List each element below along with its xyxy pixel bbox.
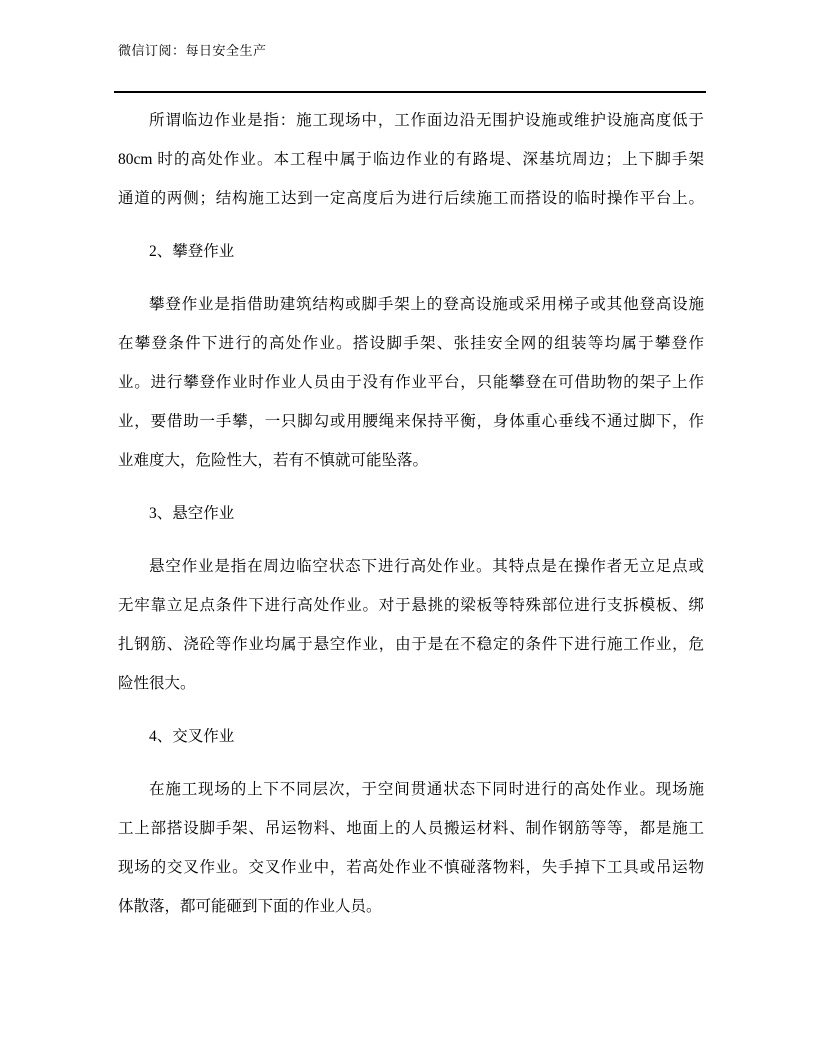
paragraph-suspended-work: 悬空作业是指在周边临空状态下进行高处作业。其特点是在操作者无立足点或 无牢靠立足… xyxy=(118,547,704,703)
text-line: 体散落，都可能砸到下面的作业人员。 xyxy=(118,887,704,926)
text-line: 悬空作业是指在周边临空状态下进行高处作业。其特点是在操作者无立足点或 xyxy=(118,547,704,586)
text-line: 险性很大。 xyxy=(118,664,704,703)
text-line: 业。进行攀登作业时作业人员由于没有作业平台，只能攀登在可借助物的架子上作 xyxy=(118,363,704,402)
paragraph-climbing-work: 攀登作业是指借助建筑结构或脚手架上的登高设施或采用梯子或其他登高设施 在攀登条件… xyxy=(118,285,704,480)
text-line: 攀登作业是指借助建筑结构或脚手架上的登高设施或采用梯子或其他登高设施 xyxy=(118,285,704,324)
header-subscription-text: 微信订阅：每日安全生产 xyxy=(118,44,704,58)
header-rule xyxy=(114,91,706,93)
text-line: 扎钢筋、浇砼等作业均属于悬空作业，由于是在不稳定的条件下进行施工作业，危 xyxy=(118,625,704,664)
document-page: 微信订阅：每日安全生产 所谓临边作业是指：施工现场中，工作面边沿无围护设施或维护… xyxy=(0,0,816,1056)
text-line: 现场的交叉作业。交叉作业中，若高处作业不慎碰落物料，失手掉下工具或吊运物 xyxy=(118,848,704,887)
text-line: 通道的两侧；结构施工达到一定高度后为进行后续施工而搭设的临时操作平台上。 xyxy=(118,179,704,218)
text-line: 80cm 时的高处作业。本工程中属于临边作业的有路堤、深基坑周边；上下脚手架 xyxy=(118,140,704,179)
text-line: 在施工现场的上下不同层次，于空间贯通状态下同时进行的高处作业。现场施 xyxy=(118,770,704,809)
text-line: 业，要借助一手攀，一只脚勾或用腰绳来保持平衡，身体重心垂线不通过脚下，作 xyxy=(118,402,704,441)
text-line: 在攀登条件下进行的高处作业。搭设脚手架、张挂安全网的组装等均属于攀登作 xyxy=(118,324,704,363)
text-line: 无牢靠立足点条件下进行高处作业。对于悬挑的梁板等特殊部位进行支拆模板、绑 xyxy=(118,586,704,625)
paragraph-edge-work: 所谓临边作业是指：施工现场中，工作面边沿无围护设施或维护设施高度低于 80cm … xyxy=(118,101,704,218)
section-heading-climbing-work: 2、攀登作业 xyxy=(118,232,704,271)
section-heading-cross-work: 4、交叉作业 xyxy=(118,717,704,756)
page-header: 微信订阅：每日安全生产 xyxy=(118,0,704,58)
text-line: 工上部搭设脚手架、吊运物料、地面上的人员搬运材料、制作钢筋等等，都是施工 xyxy=(118,809,704,848)
text-line: 业难度大，危险性大，若有不慎就可能坠落。 xyxy=(118,441,704,480)
paragraph-cross-work: 在施工现场的上下不同层次，于空间贯通状态下同时进行的高处作业。现场施 工上部搭设… xyxy=(118,770,704,926)
text-line: 所谓临边作业是指：施工现场中，工作面边沿无围护设施或维护设施高度低于 xyxy=(118,101,704,140)
section-heading-suspended-work: 3、悬空作业 xyxy=(118,494,704,533)
document-body: 所谓临边作业是指：施工现场中，工作面边沿无围护设施或维护设施高度低于 80cm … xyxy=(118,101,704,926)
